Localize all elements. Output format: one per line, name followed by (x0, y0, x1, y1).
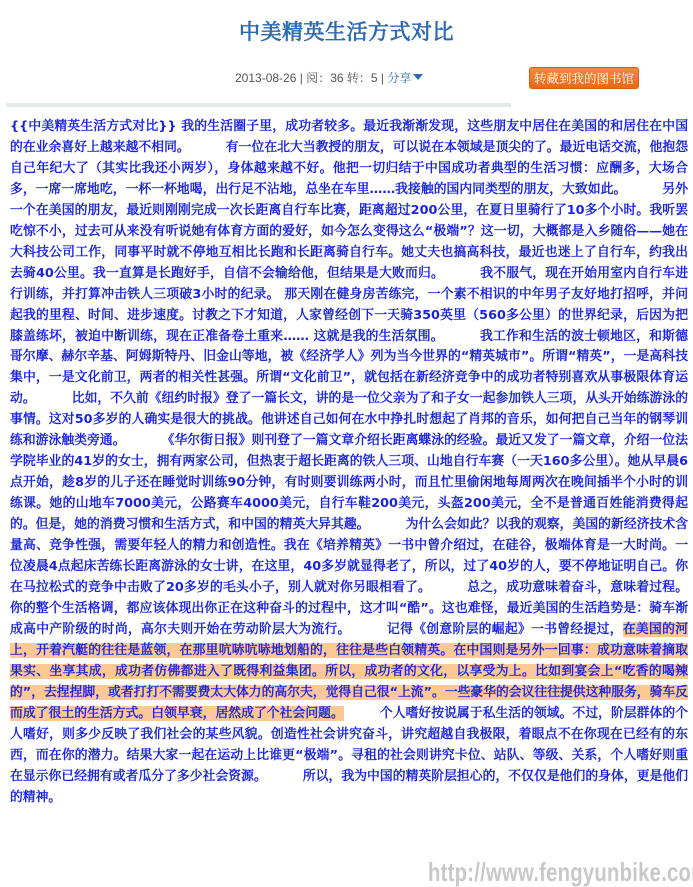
article-meta: 2013-08-26 | 阅：36 转：5 | 分享 (235, 69, 423, 86)
share-label: 分享 (387, 71, 411, 85)
publish-date: 2013-08-26 (235, 71, 296, 85)
share-dropdown[interactable]: 分享 (387, 71, 423, 85)
header-divider (6, 103, 511, 107)
save-to-library-button[interactable]: 转藏到我的图书馆 (529, 67, 639, 89)
reposts-count: 5 (371, 71, 378, 85)
caret-down-icon (413, 74, 423, 80)
meta-separator: | (378, 71, 388, 85)
reads-label: 阅： (306, 71, 330, 85)
article-title: 中美精英生活方式对比 (0, 16, 693, 46)
watermark: http://www.fengyunbike.com (428, 857, 693, 887)
reads-count: 36 (330, 71, 343, 85)
article-body: {{中美精英生活方式对比}} 我的生活圈子里，成功者较多。最近我渐渐发现，这些朋… (10, 117, 688, 808)
paragraph: 记得《创意阶层的崛起》一书曾经提过， (387, 622, 623, 637)
meta-separator: | (296, 71, 306, 85)
reposts-label: 转： (344, 71, 371, 85)
